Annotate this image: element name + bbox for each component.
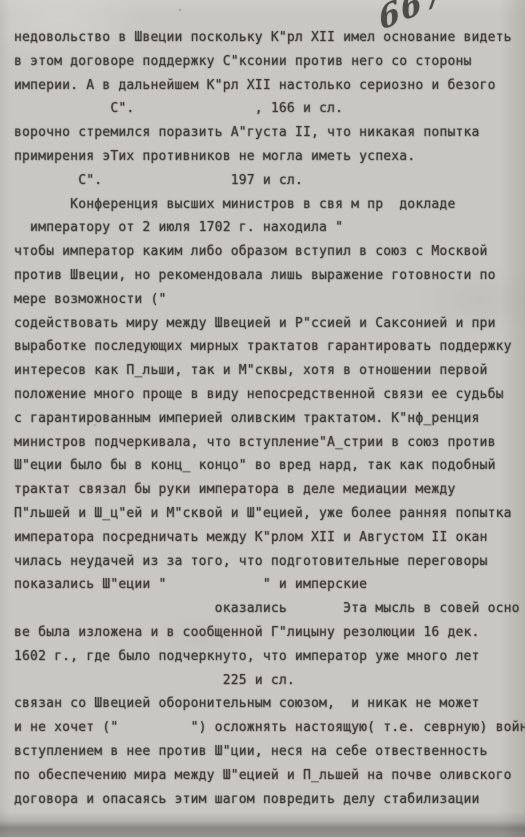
typescript-text-block: недовольство в Швеции поскольку К"рл XII… [14,26,525,811]
text-line: Ш"еции было бы в конц_ концо" во вред на… [14,454,525,478]
text-line: ве была изложена и в сообщенной Г"лицыну… [14,621,525,645]
text-line: оказались Эта мысль в совей осно [14,597,525,621]
text-line: выработке последующих мирных трактатов г… [14,335,525,359]
text-line: С". , 166 и сл. [14,97,525,121]
text-line: против Швеции, но рекомендовала лишь выр… [14,264,525,288]
text-line: и не хочет (" ") осложнять настоящую( т.… [14,716,525,740]
text-line: чтобы император каким либо образом вступ… [14,240,525,264]
text-line: содействовать миру между Швецией и Р"сси… [14,312,525,336]
text-line: связан со Швецией оборонительным союзом,… [14,692,525,716]
text-line: примирения эТих противников не могла име… [14,145,525,169]
text-line: Конференция высших министров в свя м пр … [14,193,525,217]
typescript-page: 667 недовольство в Швеции поскольку К"рл… [0,0,525,837]
text-line: С". 197 и сл. [14,169,525,193]
text-line: показались Ш"еции " " и имперские [14,573,525,597]
text-line: императора посредничать между К"рлом XII… [14,526,525,550]
text-line: договора и опасаясь этим шагом повредить… [14,788,525,812]
text-line: П"льшей и Ш_ц"ей и М"сквой и Ш"ецией, уж… [14,502,525,526]
text-line: мере возможности (" [14,288,525,312]
text-line: вступлением в нее против Ш"ции, неся на … [14,740,525,764]
text-line: недовольство в Швеции поскольку К"рл XII… [14,26,525,50]
text-line: по обеспечению мира между Ш"ецией и П_ль… [14,764,525,788]
text-line: ворочно стремился поразить А"густа II, ч… [14,121,525,145]
text-line: интересов как П_льши, так и М"сквы, хотя… [14,359,525,383]
text-line: положение много проще в виду непосредств… [14,383,525,407]
text-line: 1602 г., где было подчеркнуто, что импер… [14,645,525,669]
text-line: в этом договоре поддержку С"ксонии проти… [14,50,525,74]
text-line: императору от 2 июля 1702 г. находила " [14,216,525,240]
text-line: трактат связал бы руки императора в деле… [14,478,525,502]
text-line: империи. А в дальнейшем К"рл XII настоль… [14,74,525,98]
text-line: министров подчеркивала, что вступление"А… [14,431,525,455]
text-line: 225 и сл. [14,669,525,693]
text-line: чилась неудачей из за того, что подготов… [14,550,525,574]
text-line: с гарантированным империей оливским трак… [14,407,525,431]
